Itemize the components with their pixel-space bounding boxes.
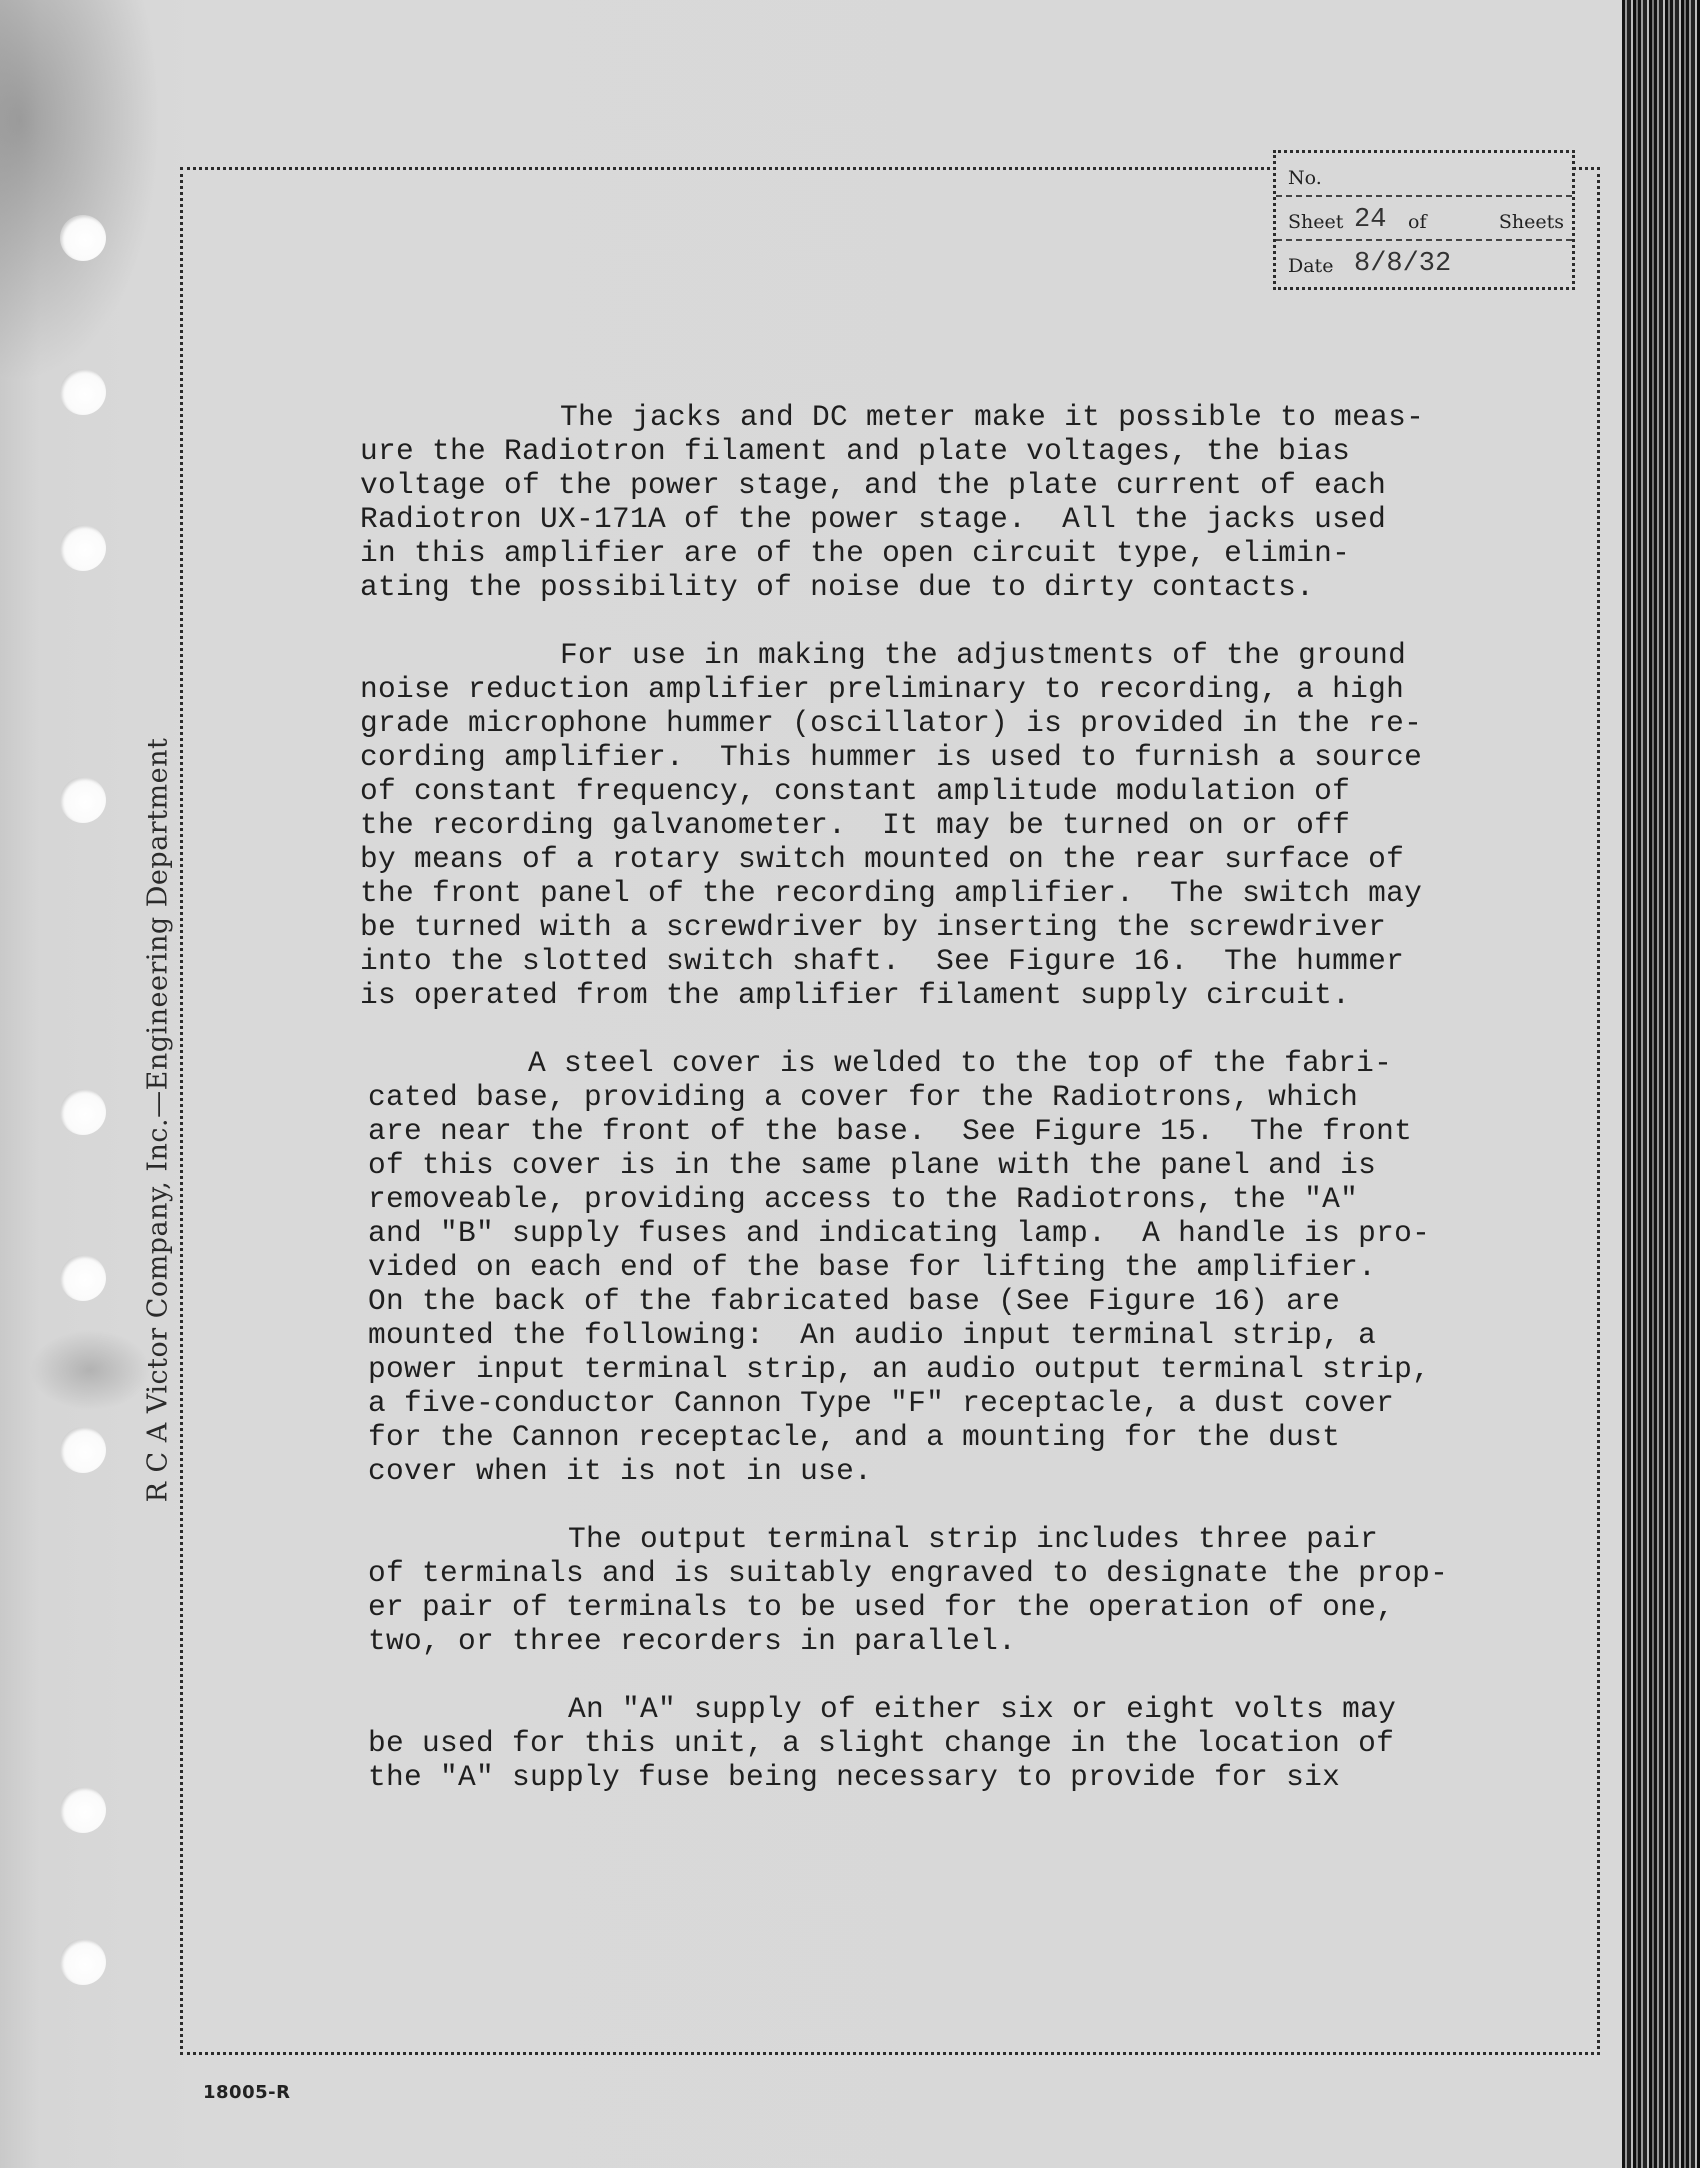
text-line: by means of a rotary switch mounted on t…: [360, 842, 1590, 876]
binder-hole: [60, 1939, 106, 1985]
text-line: two, or three recorders in parallel.: [368, 1624, 1590, 1658]
binder-hole: [60, 1255, 106, 1301]
text-line: for the Cannon receptacle, and a mountin…: [368, 1420, 1590, 1454]
text-line: of terminals and is suitably engraved to…: [368, 1556, 1590, 1590]
text-line: vided on each end of the base for liftin…: [368, 1250, 1590, 1284]
number-row: No.: [1276, 153, 1572, 197]
binder-hole: [60, 777, 106, 823]
date-value: 8/8/32: [1354, 249, 1451, 279]
text-line: the recording galvanometer. It may be tu…: [360, 808, 1590, 842]
text-line: The output terminal strip includes three…: [368, 1522, 1590, 1556]
sheet-label: Sheet: [1288, 211, 1343, 233]
text-line: Radiotron UX-171A of the power stage. Al…: [360, 502, 1590, 536]
text-line: the front panel of the recording amplifi…: [360, 876, 1590, 910]
text-line: into the slotted switch shaft. See Figur…: [360, 944, 1590, 978]
binder-hole: [60, 215, 106, 261]
text-line: The jacks and DC meter make it possible …: [360, 400, 1590, 434]
date-label: Date: [1288, 255, 1333, 277]
sheet-row: Sheet 24 of Sheets: [1276, 197, 1572, 241]
text-line: On the back of the fabricated base (See …: [368, 1284, 1590, 1318]
binder-hole: [60, 369, 106, 415]
document-body: The jacks and DC meter make it possible …: [360, 400, 1590, 1828]
form-number: 18005-R: [203, 2082, 290, 2103]
binder-hole: [60, 1427, 106, 1473]
text-line: are near the front of the base. See Figu…: [368, 1114, 1590, 1148]
date-row: Date 8/8/32: [1276, 241, 1572, 285]
paragraph: An "A" supply of either six or eight vol…: [360, 1692, 1590, 1794]
paragraph: For use in making the adjustments of the…: [360, 638, 1590, 1012]
text-line: be turned with a screwdriver by insertin…: [360, 910, 1590, 944]
text-line: in this amplifier are of the open circui…: [360, 536, 1590, 570]
text-line: removeable, providing access to the Radi…: [368, 1182, 1590, 1216]
company-department-label: R C A Victor Company, Inc.—Engineering D…: [143, 738, 174, 1503]
binder-hole: [60, 1787, 106, 1833]
text-line: cording amplifier. This hummer is used t…: [360, 740, 1590, 774]
page-edge-stripes: [1622, 0, 1700, 2168]
text-line: of this cover is in the same plane with …: [368, 1148, 1590, 1182]
binder-hole: [60, 1089, 106, 1135]
text-line: grade microphone hummer (oscillator) is …: [360, 706, 1590, 740]
text-line: For use in making the adjustments of the…: [360, 638, 1590, 672]
text-line: the "A" supply fuse being necessary to p…: [368, 1760, 1590, 1794]
paragraph: The jacks and DC meter make it possible …: [360, 400, 1590, 604]
text-line: be used for this unit, a slight change i…: [368, 1726, 1590, 1760]
number-label: No.: [1288, 167, 1322, 189]
text-line: is operated from the amplifier filament …: [360, 978, 1590, 1012]
of-label: of: [1408, 211, 1426, 233]
text-line: and "B" supply fuses and indicating lamp…: [368, 1216, 1590, 1250]
text-line: cated base, providing a cover for the Ra…: [368, 1080, 1590, 1114]
text-line: An "A" supply of either six or eight vol…: [368, 1692, 1590, 1726]
binder-hole: [60, 525, 106, 571]
text-line: of constant frequency, constant amplitud…: [360, 774, 1590, 808]
paragraph: The output terminal strip includes three…: [360, 1522, 1590, 1658]
sheet-info-box: No. Sheet 24 of Sheets Date 8/8/32: [1273, 150, 1575, 290]
text-line: noise reduction amplifier preliminary to…: [360, 672, 1590, 706]
text-line: cover when it is not in use.: [368, 1454, 1590, 1488]
text-line: a five-conductor Cannon Type "F" recepta…: [368, 1386, 1590, 1420]
text-line: voltage of the power stage, and the plat…: [360, 468, 1590, 502]
text-line: ating the possibility of noise due to di…: [360, 570, 1590, 604]
text-line: power input terminal strip, an audio out…: [368, 1352, 1590, 1386]
text-line: A steel cover is welded to the top of th…: [368, 1046, 1590, 1080]
sheets-label: Sheets: [1499, 211, 1564, 233]
sheet-number: 24: [1354, 205, 1386, 235]
text-line: mounted the following: An audio input te…: [368, 1318, 1590, 1352]
text-line: ure the Radiotron filament and plate vol…: [360, 434, 1590, 468]
text-line: er pair of terminals to be used for the …: [368, 1590, 1590, 1624]
paragraph: A steel cover is welded to the top of th…: [360, 1046, 1590, 1488]
